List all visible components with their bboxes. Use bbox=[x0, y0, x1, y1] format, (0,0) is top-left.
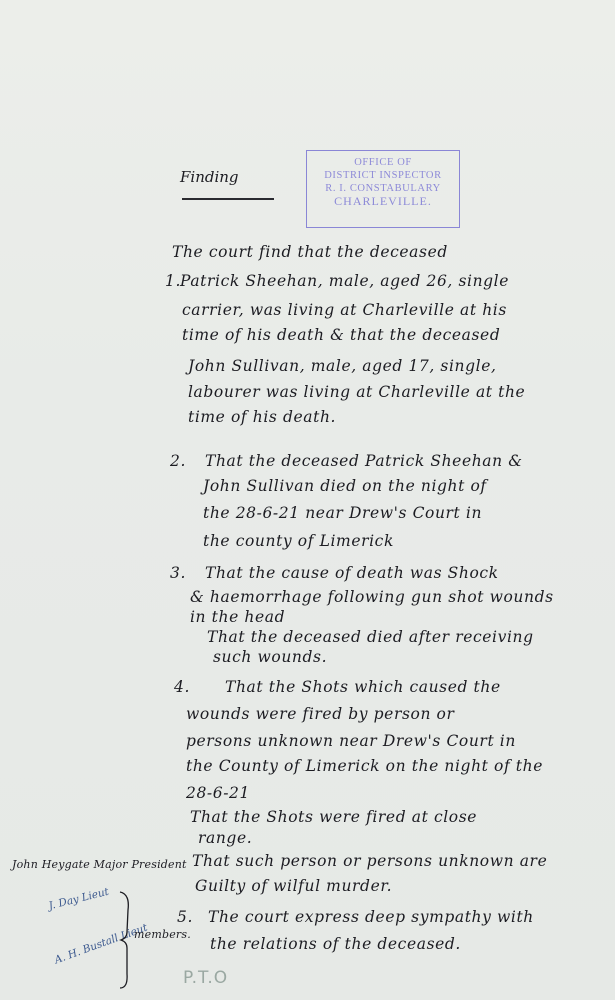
document-page: Finding OFFICE OF DISTRICT INSPECTOR R. … bbox=[0, 0, 615, 1000]
finding-line: the 28-6-21 near Drew's Court in bbox=[203, 504, 482, 522]
finding-line: wounds were fired by person or bbox=[186, 705, 455, 723]
finding-line: carrier, was living at Charleville at hi… bbox=[182, 301, 507, 319]
finding-line: labourer was living at Charleville at th… bbox=[188, 383, 525, 401]
finding-line: John Sullivan died on the night of bbox=[203, 477, 487, 495]
finding-line: range. bbox=[198, 829, 252, 847]
finding-line: That the deceased Patrick Sheehan & bbox=[205, 452, 523, 470]
finding-line: the County of Limerick on the night of t… bbox=[186, 757, 543, 775]
finding-line: That the Shots were fired at close bbox=[190, 808, 477, 826]
finding-line: & haemorrhage following gun shot wounds bbox=[190, 588, 554, 606]
stamp-line: CHARLEVILLE. bbox=[307, 195, 459, 208]
finding-line: The court express deep sympathy with bbox=[208, 908, 534, 926]
brace-icon bbox=[118, 890, 132, 990]
office-stamp: OFFICE OF DISTRICT INSPECTOR R. I. CONST… bbox=[306, 150, 460, 228]
finding-line: time of his death & that the deceased bbox=[182, 326, 500, 344]
finding-line: Patrick Sheehan, male, aged 26, single bbox=[180, 272, 509, 290]
heading-finding: Finding bbox=[180, 168, 239, 186]
finding-number: 1. bbox=[165, 272, 181, 290]
finding-line: the county of Limerick bbox=[203, 532, 394, 550]
finding-line: 28-6-21 bbox=[186, 784, 250, 802]
finding-line: That the Shots which caused the bbox=[225, 678, 501, 696]
finding-line: That the cause of death was Shock bbox=[205, 564, 499, 582]
finding-number: 4. bbox=[174, 678, 190, 696]
finding-number: 5. bbox=[177, 908, 193, 926]
intro-line: The court find that the deceased bbox=[172, 243, 448, 261]
finding-line: That the deceased died after receiving bbox=[207, 628, 534, 646]
finding-line: time of his death. bbox=[188, 408, 336, 426]
finding-number: 2. bbox=[170, 452, 186, 470]
finding-line: persons unknown near Drew's Court in bbox=[186, 732, 516, 750]
finding-line: John Sullivan, male, aged 17, single, bbox=[188, 357, 497, 375]
member-signature: J. Day Lieut bbox=[47, 886, 110, 913]
finding-line: such wounds. bbox=[213, 648, 327, 666]
finding-line: That such person or persons unknown are bbox=[192, 852, 547, 870]
stamp-line: OFFICE OF bbox=[307, 156, 459, 169]
president-signature: John Heygate Major President bbox=[12, 858, 187, 871]
heading-underline bbox=[182, 198, 274, 200]
finding-number: 3. bbox=[170, 564, 186, 582]
finding-line: Guilty of wilful murder. bbox=[195, 877, 392, 895]
members-label: members. bbox=[134, 928, 191, 941]
finding-line: in the head bbox=[190, 608, 285, 626]
stamp-line: DISTRICT INSPECTOR bbox=[307, 169, 459, 182]
finding-line: the relations of the deceased. bbox=[210, 935, 461, 953]
pto-note: P.T.O bbox=[183, 968, 228, 988]
